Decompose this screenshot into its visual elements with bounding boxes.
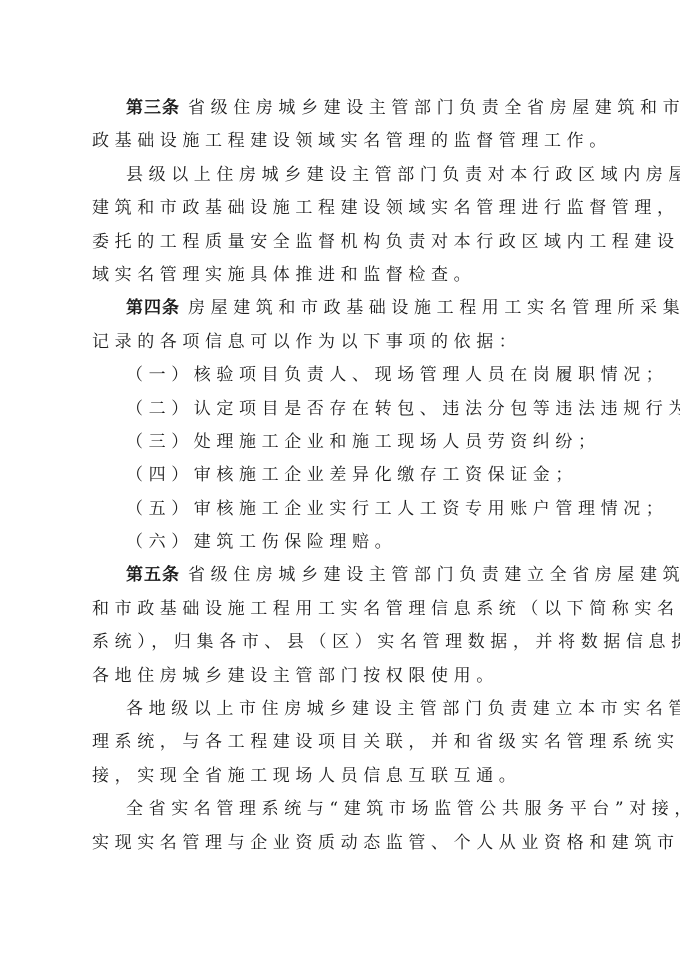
article-4-item-6: （六）建筑工伤保险理赔。 [92, 526, 596, 559]
article-4-heading: 第四条 [126, 298, 180, 318]
article-4-item-3: （三）处理施工企业和施工现场人员劳资纠纷； [92, 426, 596, 459]
article-5-line-4: 各地住房城乡建设主管部门按权限使用。 [92, 660, 596, 693]
article-4-item-5: （五）审核施工企业实行工人工资专用账户管理情况； [92, 493, 596, 526]
article-5-para-2-line-2: 理系统，与各工程建设项目关联，并和省级实名管理系统实时对 [92, 726, 596, 759]
article-5-para-3-line-2: 实现实名管理与企业资质动态监管、个人从业资格和建筑市场信 [92, 827, 596, 860]
article-3-heading: 第三条 [126, 98, 180, 118]
article-4-line-1: 第四条房屋建筑和市政基础设施工程用工实名管理所采集 [92, 292, 596, 325]
article-4-item-1: （一）核验项目负责人、现场管理人员在岗履职情况； [92, 359, 596, 392]
article-5-para-2-line-3: 接，实现全省施工现场人员信息互联互通。 [92, 760, 596, 793]
article-3-para-2-line-3: 委托的工程质量安全监督机构负责对本行政区域内工程建设领 [92, 226, 596, 259]
article-3-para-2-line-1: 县级以上住房城乡建设主管部门负责对本行政区域内房屋 [92, 159, 596, 192]
document-page: 第三条省级住房城乡建设主管部门负责全省房屋建筑和市 政基础设施工程建设领域实名管… [92, 92, 596, 860]
article-4-line-2: 记录的各项信息可以作为以下事项的依据： [92, 326, 596, 359]
article-5-line-3: 系统），归集各市、县（区）实名管理数据，并将数据信息提供 [92, 626, 596, 659]
article-5-line-2: 和市政基础设施工程用工实名管理信息系统（以下简称实名管理 [92, 593, 596, 626]
article-5-line-1: 第五条省级住房城乡建设主管部门负责建立全省房屋建筑 [92, 559, 596, 592]
article-3-line-2: 政基础设施工程建设领域实名管理的监督管理工作。 [92, 125, 596, 158]
article-4-item-2: （二）认定项目是否存在转包、违法分包等违法违规行为； [92, 393, 596, 426]
article-3-para-2-line-2: 建筑和市政基础设施工程建设领域实名管理进行监督管理，受其 [92, 192, 596, 225]
article-5-heading: 第五条 [126, 565, 180, 585]
article-4-item-4: （四）审核施工企业差异化缴存工资保证金； [92, 459, 596, 492]
article-3-para-2-line-4: 域实名管理实施具体推进和监督检查。 [92, 259, 596, 292]
article-3-line-1: 第三条省级住房城乡建设主管部门负责全省房屋建筑和市 [92, 92, 596, 125]
article-5-para-3-line-1: 全省实名管理系统与“建筑市场监管公共服务平台”对接， [92, 793, 596, 826]
article-5-para-2-line-1: 各地级以上市住房城乡建设主管部门负责建立本市实名管 [92, 693, 596, 726]
